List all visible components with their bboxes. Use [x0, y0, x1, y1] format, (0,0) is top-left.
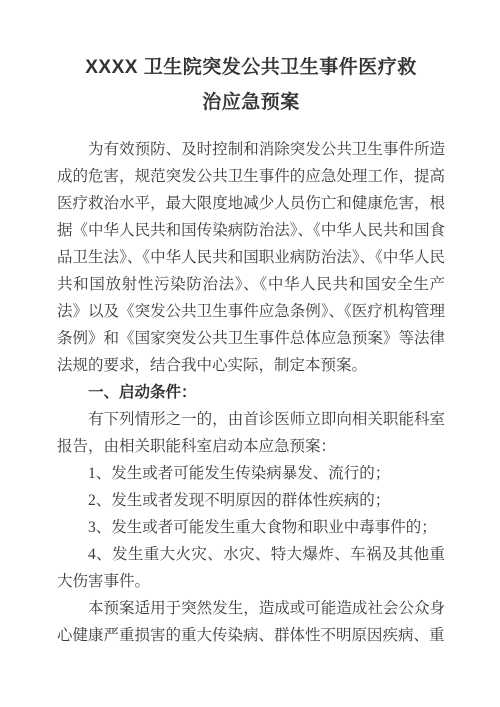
- document-page: XXXX 卫生院突发公共卫生事件医疗救 治应急预案 为有效预防、及时控制和消除突…: [0, 0, 500, 707]
- scope-paragraph: 本预案适用于突然发生，造成或可能造成社会公众身心健康严重损害的重大传染病、群体性…: [57, 595, 445, 649]
- section-heading-activation-conditions: 一、启动条件：: [57, 379, 445, 406]
- document-title-line-1: XXXX 卫生院突发公共卫生事件医疗救: [57, 50, 445, 85]
- document-title-line-2: 治应急预案: [57, 85, 445, 120]
- list-item-4: 4、发生重大火灾、水灾、特大爆炸、车祸及其他重大伤害事件。: [57, 541, 445, 595]
- intro-paragraph: 为有效预防、及时控制和消除突发公共卫生事件所造成的危害，规范突发公共卫生事件的应…: [57, 136, 445, 379]
- list-item-2: 2、发生或者发现不明原因的群体性疾病的；: [57, 487, 445, 514]
- document-title: XXXX 卫生院突发公共卫生事件医疗救 治应急预案: [57, 50, 445, 120]
- list-item-3: 3、发生或者可能发生重大食物和职业中毒事件的；: [57, 514, 445, 541]
- activation-intro-paragraph: 有下列情形之一的，由首诊医师立即向相关职能科室报告，由相关职能科室启动本应急预案…: [57, 406, 445, 460]
- list-item-1: 1、发生或者可能发生传染病暴发、流行的；: [57, 460, 445, 487]
